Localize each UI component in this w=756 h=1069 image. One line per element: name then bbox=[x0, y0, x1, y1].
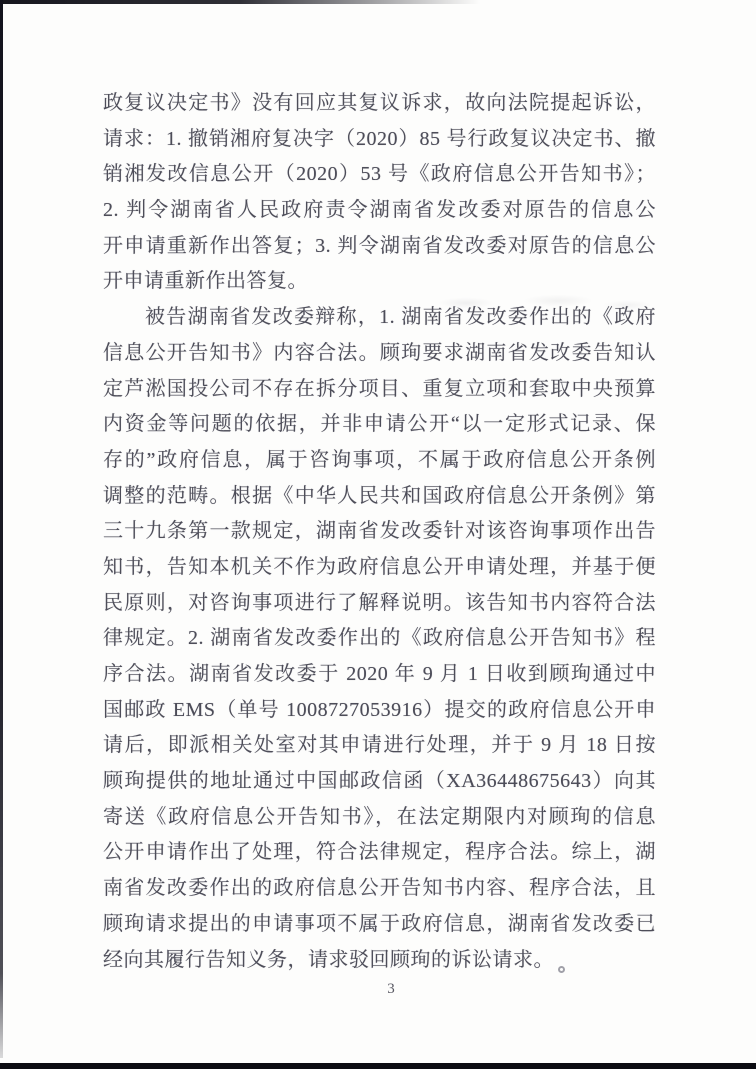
text-line: 开申请重新作出答复。 bbox=[103, 264, 656, 300]
text-line: 顾珣请求提出的申请事项不属于政府信息，湖南省发改委已 bbox=[103, 907, 656, 943]
text-line: 内资金等问题的依据，并非申请公开“以一定形式记录、保 bbox=[103, 407, 656, 443]
text-line: 知书，告知本机关不作为政府信息公开申请处理，并基于便 bbox=[103, 550, 656, 586]
text-line: 被告湖南省发改委辩称，1. 湖南省发改委作出的《政府 bbox=[103, 300, 656, 336]
text-line: 三十九条第一款规定，湖南省发改委针对该咨询事项作出告 bbox=[103, 514, 656, 550]
scan-edge-left bbox=[0, 0, 3, 1058]
text-line: 请后，即派相关处室对其申请进行处理，并于 9 月 18 日按 bbox=[103, 728, 656, 764]
text-line: 国邮政 EMS（单号 1008727053916）提交的政府信息公开申 bbox=[103, 693, 656, 729]
text-line: 开申请重新作出答复；3. 判令湖南省发改委对原告的信息公 bbox=[103, 229, 656, 265]
text-line: 2. 判令湖南省人民政府责令湖南省发改委对原告的信息公 bbox=[103, 193, 656, 229]
text-line: 存的”政府信息，属于咨询事项，不属于政府信息公开条例 bbox=[103, 443, 656, 479]
text-line: 民原则，对咨询事项进行了解释说明。该告知书内容符合法 bbox=[103, 586, 656, 622]
document-body-text: 政复议决定书》没有回应其复议诉求，故向法院提起诉讼，请求：1. 撤销湘府复决字（… bbox=[103, 86, 656, 978]
text-line: 南省发改委作出的政府信息公开告知书内容、程序合法，且 bbox=[103, 871, 656, 907]
text-line: 政复议决定书》没有回应其复议诉求，故向法院提起诉讼， bbox=[103, 86, 656, 122]
text-line: 信息公开告知书》内容合法。顾珣要求湖南省发改委告知认 bbox=[103, 336, 656, 372]
text-line: 请求：1. 撤销湘府复决字（2020）85 号行政复议决定书、撤 bbox=[103, 122, 656, 158]
scan-edge-top bbox=[0, 0, 480, 4]
scanned-document-page: 政复议决定书》没有回应其复议诉求，故向法院提起诉讼，请求：1. 撤销湘府复决字（… bbox=[0, 0, 756, 1069]
text-line: 经向其履行告知义务，请求驳回顾珣的诉讼请求。 bbox=[103, 943, 656, 979]
text-line: 公开申请作出了处理，符合法律规定，程序合法。综上，湖 bbox=[103, 835, 656, 871]
text-line: 序合法。湖南省发改委于 2020 年 9 月 1 日收到顾珣通过中 bbox=[103, 657, 656, 693]
text-line: 寄送《政府信息公开告知书》，在法定期限内对顾珣的信息 bbox=[103, 800, 656, 836]
text-line: 调整的范畴。根据《中华人民共和国政府信息公开条例》第 bbox=[103, 479, 656, 515]
page-number: 3 bbox=[13, 981, 756, 998]
text-line: 律规定。2. 湖南省发改委作出的《政府信息公开告知书》程 bbox=[103, 621, 656, 657]
text-line: 定芦淞国投公司不存在拆分项目、重复立项和套取中央预算 bbox=[103, 372, 656, 408]
text-line: 销湘发改信息公开（2020）53 号《政府信息公开告知书》； bbox=[103, 157, 656, 193]
scan-edge-bottom bbox=[0, 1063, 756, 1069]
text-line: 顾珣提供的地址通过中国邮政信函（XA36448675643）向其 bbox=[103, 764, 656, 800]
